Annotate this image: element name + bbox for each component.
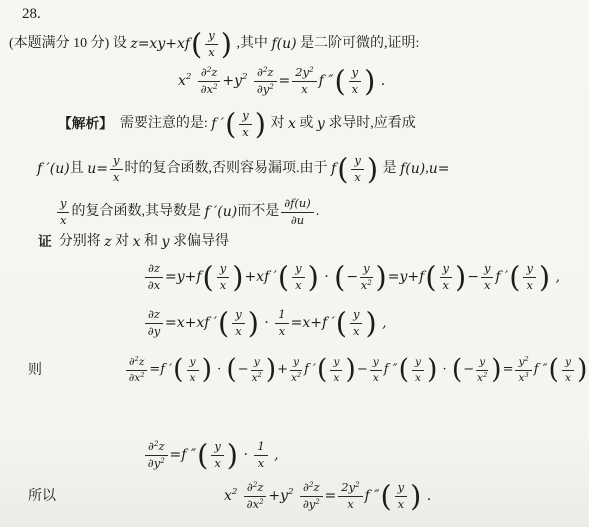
denominator: x2 xyxy=(360,278,372,293)
superscript: 2 xyxy=(525,355,529,363)
denominator: x xyxy=(338,497,362,512)
math-text: x xyxy=(242,125,248,139)
superscript: 2 xyxy=(213,82,218,91)
paren-group: (yx) xyxy=(337,154,378,185)
paren-content: yx xyxy=(327,356,345,385)
text-run: 需要注意的是: xyxy=(113,116,211,132)
bold-label: 证 xyxy=(38,234,52,250)
denominator: x2 xyxy=(290,371,302,385)
numerator: y2 xyxy=(515,356,531,371)
math-text: y xyxy=(293,355,299,368)
numerator: ∂2z xyxy=(145,440,168,456)
paren-content: yx xyxy=(346,66,364,97)
math-text: f ″ xyxy=(384,363,398,378)
math-text: y xyxy=(214,439,220,453)
numerator: y xyxy=(562,356,574,371)
math-text: y xyxy=(208,28,214,42)
left-paren: ( xyxy=(334,265,345,289)
numerator: ∂2z xyxy=(300,481,323,497)
paren-content: yx xyxy=(289,262,307,293)
math-text: x xyxy=(373,371,379,384)
numerator: y xyxy=(395,481,407,497)
fraction: yx xyxy=(412,356,424,385)
fraction: yx xyxy=(57,197,69,228)
math-text xyxy=(237,488,241,504)
fraction: yx xyxy=(351,154,363,185)
math-text: x xyxy=(258,456,264,470)
left-paren: ( xyxy=(337,157,348,181)
right-paren: ) xyxy=(427,359,437,382)
text-run: . xyxy=(316,204,320,220)
left-paren: ( xyxy=(225,112,236,136)
math-text xyxy=(248,73,252,89)
math-text: − xyxy=(346,269,358,285)
math-text: y xyxy=(220,261,226,275)
math-text: , xyxy=(378,315,387,331)
math-text: 2y xyxy=(341,480,355,494)
numerator: y xyxy=(349,66,361,82)
denominator: x xyxy=(523,278,535,293)
math-text: + xyxy=(277,363,288,378)
math-text: · xyxy=(239,447,252,463)
numerator: ∂f(u) xyxy=(281,197,314,213)
math-text: z xyxy=(158,439,164,453)
superscript: 2 xyxy=(242,72,248,82)
math-text: x xyxy=(565,371,571,384)
math-text: =y+f xyxy=(165,269,202,285)
fraction: yx2 xyxy=(251,356,263,385)
math-text: · xyxy=(438,363,450,378)
right-paren: ) xyxy=(577,359,587,382)
math-text: z xyxy=(139,355,145,368)
left-paren: ( xyxy=(278,265,289,289)
math-text: f ″ xyxy=(534,363,548,378)
text-run: 且 xyxy=(70,161,88,177)
superscript: 2 xyxy=(186,72,192,82)
math-text: y xyxy=(373,355,379,368)
denominator: x xyxy=(440,278,452,293)
denominator: ∂x xyxy=(145,278,163,293)
fraction: yx2 xyxy=(476,356,488,385)
fraction: y2x3 xyxy=(515,356,531,385)
superscript: 2 xyxy=(367,278,372,287)
denominator: x xyxy=(275,324,288,339)
fraction: ∂f(u)∂u xyxy=(281,197,314,228)
math-text: x xyxy=(214,456,220,470)
math-text: x xyxy=(288,116,296,132)
right-paren: ) xyxy=(232,265,243,289)
numerator: y xyxy=(412,356,424,371)
math-text: f(u) xyxy=(271,36,296,52)
math-text: +xf ′ xyxy=(244,269,276,285)
document-page: 28. (本题满分 10 分) 设 z=xy+xf(yx) ,其中 f(u) 是… xyxy=(0,0,589,527)
denominator: x xyxy=(395,497,407,512)
denominator: x xyxy=(370,371,382,385)
numerator: y xyxy=(523,262,535,278)
right-paren: ) xyxy=(455,265,466,289)
math-text: y xyxy=(60,196,66,210)
right-paren: ) xyxy=(376,265,387,289)
fraction: yx xyxy=(481,262,493,293)
superscript: 2 xyxy=(160,456,165,465)
numerator: 1 xyxy=(275,308,288,324)
math-text: y xyxy=(235,307,241,321)
paren-group: (yx) xyxy=(203,262,244,293)
fraction: ∂2z∂x2 xyxy=(126,356,147,385)
superscript: 2 xyxy=(288,487,294,497)
left-paren: ( xyxy=(317,359,327,382)
proof-intro: 证 分别将 z 对 x 和 y 求偏导得 xyxy=(38,231,229,253)
math-text: ∂y xyxy=(148,324,160,338)
math-text: ∂ xyxy=(247,480,253,494)
denominator: x xyxy=(239,125,251,140)
paren-group: (yx) xyxy=(399,356,438,385)
superscript: 2 xyxy=(309,480,314,489)
paren-group: (yx) xyxy=(225,109,266,140)
math-text: ∂y xyxy=(148,456,160,470)
math-text: x xyxy=(415,371,421,384)
paren-content: yx xyxy=(348,154,366,185)
math-text: y xyxy=(479,355,485,368)
paren-group: (yx) xyxy=(317,356,356,385)
fraction: yx xyxy=(330,356,342,385)
fraction: ∂z∂y xyxy=(145,308,163,339)
superscript: 2 xyxy=(258,371,262,379)
math-text: y xyxy=(484,261,490,275)
numerator: ∂2z xyxy=(254,66,277,82)
superscript: 2 xyxy=(154,439,159,448)
left-paren: ( xyxy=(452,359,462,382)
math-text: =f ″ xyxy=(170,447,197,463)
numerator: y xyxy=(239,109,251,125)
denominator: x3 xyxy=(515,371,531,385)
fraction: yx2 xyxy=(290,356,302,385)
numerator: y xyxy=(290,356,302,371)
left-paren: ( xyxy=(336,311,347,335)
fraction: ∂2z∂x2 xyxy=(198,66,221,97)
text-run: 是二阶可微的,证明: xyxy=(297,36,420,52)
denominator: ∂x2 xyxy=(198,82,221,97)
superscript: 2 xyxy=(259,497,264,506)
math-text: · xyxy=(213,363,225,378)
denominator: x xyxy=(254,456,267,471)
math-text: y xyxy=(526,261,532,275)
right-paren: ) xyxy=(410,484,421,508)
paren-content: −yx2 xyxy=(462,356,491,385)
denominator: x xyxy=(562,371,574,385)
left-paren: ( xyxy=(334,69,345,93)
math-text: x xyxy=(518,371,524,384)
numerator: y xyxy=(205,29,217,45)
math-text: y xyxy=(565,355,571,368)
math-text: y xyxy=(518,355,524,368)
paren-group: (−yx2) xyxy=(334,262,387,293)
paren-content: yx xyxy=(392,481,410,512)
text-run: 和 xyxy=(141,234,162,250)
fraction: ∂2z∂x2 xyxy=(244,481,267,512)
math-text: f ′(u) xyxy=(204,204,237,220)
numerator: y xyxy=(292,262,304,278)
math-text: x xyxy=(353,324,359,338)
paren-content: yx xyxy=(520,262,538,293)
text-run: 求偏导得 xyxy=(169,234,229,250)
math-text: x xyxy=(279,324,285,338)
right-paren: ) xyxy=(345,359,355,382)
math-text: 1 xyxy=(257,439,264,453)
denominator: x xyxy=(351,170,363,185)
fraction: 2y2x xyxy=(338,481,362,512)
math-text: , xyxy=(270,447,279,463)
right-paren: ) xyxy=(364,69,375,93)
text-run: 对 xyxy=(112,234,133,250)
math-text: y xyxy=(398,480,404,494)
superscript: 2 xyxy=(253,480,258,489)
math-text: z xyxy=(211,65,217,79)
math-text: x xyxy=(354,170,360,184)
math-text: u= xyxy=(429,161,450,177)
left-paren: ( xyxy=(509,265,520,289)
math-text: ∂f(u) xyxy=(284,196,311,210)
text-run: (本题满分 10 分) 设 xyxy=(9,36,130,52)
fraction: yx xyxy=(349,66,361,97)
math-text: =f ′ xyxy=(149,363,172,378)
math-text: =x+f ′ xyxy=(291,315,335,331)
math-text: x xyxy=(352,82,358,96)
math-text: f ′ xyxy=(495,269,508,285)
math-text: f ′ xyxy=(304,363,316,378)
math-text: x xyxy=(333,371,339,384)
text-run: 而不是 xyxy=(237,204,279,220)
denominator: x xyxy=(350,324,362,339)
left-paren: ( xyxy=(425,265,436,289)
paren-content: yx xyxy=(236,109,254,140)
math-text: y xyxy=(190,355,196,368)
denominator: x xyxy=(349,82,361,97)
paren-group: (yx) xyxy=(336,308,377,339)
fraction: ∂z∂x xyxy=(145,262,163,293)
numerator: y xyxy=(211,440,223,456)
analysis-line-2: f ′(u)且 u=yx时的复合函数,否则容易漏项.由于 f(yx) 是 f(u… xyxy=(37,147,449,191)
math-text: ∂ xyxy=(201,65,207,79)
numerator: y xyxy=(232,308,244,324)
fraction: yx xyxy=(110,154,122,185)
math-text: ∂y xyxy=(303,497,315,511)
text-run: 或 xyxy=(296,116,317,132)
fraction: yx xyxy=(440,262,452,293)
left-paren: ( xyxy=(380,484,391,508)
fraction: yx xyxy=(205,29,217,60)
math-text: x xyxy=(60,213,66,227)
superscript: 2 xyxy=(315,497,320,506)
math-text: f xyxy=(331,161,336,177)
left-paren: ( xyxy=(173,359,183,382)
math-text: z=xy+xf xyxy=(130,36,190,52)
paren-content: yx xyxy=(184,356,202,385)
paren-group: (yx) xyxy=(509,262,550,293)
numerator: y xyxy=(360,262,372,278)
math-text: y xyxy=(254,355,260,368)
paren-content: yx xyxy=(559,356,577,385)
superscript: 2 xyxy=(263,65,268,74)
text-run: ,其中 xyxy=(233,36,272,52)
math-text: ∂u xyxy=(291,213,304,227)
denominator: ∂y xyxy=(145,324,163,339)
right-paren: ) xyxy=(221,32,232,56)
math-text: =x+xf ′ xyxy=(165,315,217,331)
right-paren: ) xyxy=(202,359,212,382)
display-equation-final: x2 ∂2z∂x2+y2 ∂2z∂y2=2y2xf ″(yx) . xyxy=(224,471,431,521)
math-text: x xyxy=(178,73,186,89)
math-text: y xyxy=(242,108,248,122)
math-text: ∂x xyxy=(201,82,213,96)
numerator: y xyxy=(440,262,452,278)
fraction: yx xyxy=(395,481,407,512)
paren-group: (yx) xyxy=(197,440,238,471)
paren-content: yx xyxy=(409,356,427,385)
numerator: 2y2 xyxy=(292,66,316,82)
numerator: 2y2 xyxy=(338,481,362,497)
right-paren: ) xyxy=(367,157,378,181)
numerator: y xyxy=(110,154,122,170)
math-text: x xyxy=(443,278,449,292)
numerator: y xyxy=(476,356,488,371)
fraction: yx xyxy=(217,262,229,293)
superscript: 2 xyxy=(297,371,301,379)
right-paren: ) xyxy=(266,359,276,382)
superscript: 2 xyxy=(140,371,144,379)
math-text: = xyxy=(279,73,291,89)
denominator: x xyxy=(292,82,316,97)
math-text: = xyxy=(503,363,514,378)
math-text: x xyxy=(398,497,404,511)
paren-content: yx xyxy=(229,308,247,339)
display-equation-main: x2 ∂2z∂x2+y2 ∂2z∂y2=2y2xf ″(yx) . xyxy=(178,57,385,105)
right-paren: ) xyxy=(491,359,501,382)
math-text: − xyxy=(467,269,479,285)
paren-content: yx xyxy=(202,29,220,60)
denominator: x xyxy=(292,278,304,293)
denominator: ∂y2 xyxy=(145,456,168,471)
fraction: yx xyxy=(239,109,251,140)
paren-content: yx xyxy=(437,262,455,293)
denominator: x2 xyxy=(476,371,488,385)
numerator: ∂2z xyxy=(198,66,221,82)
paren-group: (−yx2) xyxy=(226,356,276,385)
right-paren: ) xyxy=(539,265,550,289)
denominator: ∂x2 xyxy=(126,371,147,385)
numerator: y xyxy=(57,197,69,213)
paren-group: (yx) xyxy=(191,29,232,60)
math-text: ∂x xyxy=(129,371,141,384)
math-text: x xyxy=(220,278,226,292)
math-text: u= xyxy=(87,161,108,177)
paren-group: (yx) xyxy=(380,481,421,512)
paren-group: (yx) xyxy=(549,356,588,385)
math-text: y xyxy=(352,65,358,79)
paren-content: yx xyxy=(214,262,232,293)
superscript: 2 xyxy=(207,65,212,74)
math-text: y xyxy=(363,261,369,275)
fraction: 2y2x xyxy=(292,66,316,97)
superscript: 3 xyxy=(525,371,529,379)
math-text: · xyxy=(320,269,333,285)
math-text: x xyxy=(224,488,232,504)
fraction: yx2 xyxy=(360,262,372,293)
fraction: yx xyxy=(370,356,382,385)
right-paren: ) xyxy=(255,112,266,136)
fraction: yx xyxy=(232,308,244,339)
math-text: = xyxy=(325,488,337,504)
numerator: y xyxy=(370,356,382,371)
paren-group: (yx) xyxy=(334,66,375,97)
numerator: ∂z xyxy=(145,262,163,278)
math-text: x xyxy=(347,497,353,511)
denominator: ∂u xyxy=(281,213,314,228)
numerator: y xyxy=(481,262,493,278)
denominator: x2 xyxy=(251,371,263,385)
analysis-line-3: yx的复合函数,其导数是 f ′(u)而不是∂f(u)∂u. xyxy=(55,190,319,234)
label-so: 所以 xyxy=(28,486,56,508)
math-text: − xyxy=(463,363,474,378)
right-paren: ) xyxy=(227,443,238,467)
math-text: ∂z xyxy=(148,261,160,275)
numerator: y xyxy=(330,356,342,371)
denominator: x xyxy=(481,278,493,293)
numerator: y xyxy=(217,262,229,278)
math-text: 1 xyxy=(278,307,285,321)
equation-d2z-dx2: ∂2z∂x2=f ′(yx) · (−yx2)+yx2f ′(yx)−yxf ″… xyxy=(124,345,589,395)
math-text: f(u) xyxy=(400,161,425,177)
analysis-line-1: 【解析】 需要注意的是: f ′(yx) 对 x 或 y 求导时,应看成 xyxy=(58,101,416,147)
superscript: 2 xyxy=(309,65,314,74)
paren-group: (yx) xyxy=(425,262,466,293)
paren-group: (yx) xyxy=(218,308,259,339)
superscript: 2 xyxy=(269,82,274,91)
paren-group: (−yx2) xyxy=(452,356,502,385)
text-run: 分别将 xyxy=(52,234,105,250)
text-run: 求导时,应看成 xyxy=(325,116,416,132)
math-text: ∂z xyxy=(148,307,160,321)
math-text: y xyxy=(162,234,170,250)
left-paren: ( xyxy=(197,443,208,467)
fraction: ∂2z∂y2 xyxy=(145,440,168,471)
fraction: yx xyxy=(350,308,362,339)
math-text: x xyxy=(526,278,532,292)
equation-dz-dx: ∂z∂x=y+f(yx)+xf ′(yx) · (−yx2)=y+f(yx)−y… xyxy=(143,253,560,301)
fraction: yx xyxy=(523,262,535,293)
paren-content: yx xyxy=(208,440,226,471)
math-text: , xyxy=(551,269,560,285)
math-text: x xyxy=(484,278,490,292)
numerator: 1 xyxy=(254,440,267,456)
math-text xyxy=(191,73,195,89)
math-text: z xyxy=(104,234,111,250)
numerator: ∂2z xyxy=(244,481,267,497)
superscript: 2 xyxy=(355,480,360,489)
numerator: ∂2z xyxy=(126,356,147,371)
math-text: y xyxy=(353,307,359,321)
numerator: y xyxy=(350,308,362,324)
paren-content: yx xyxy=(347,308,365,339)
math-text: . xyxy=(376,73,385,89)
math-text: x xyxy=(235,324,241,338)
math-text: +y xyxy=(222,73,242,89)
text-run: 是 xyxy=(379,161,400,177)
superscript: 2 xyxy=(232,487,238,497)
right-paren: ) xyxy=(365,311,376,335)
paren-group: (yx) xyxy=(173,356,212,385)
equation-dz-dy: ∂z∂y=x+xf ′(yx) · 1x=x+f ′(yx) , xyxy=(143,300,387,346)
